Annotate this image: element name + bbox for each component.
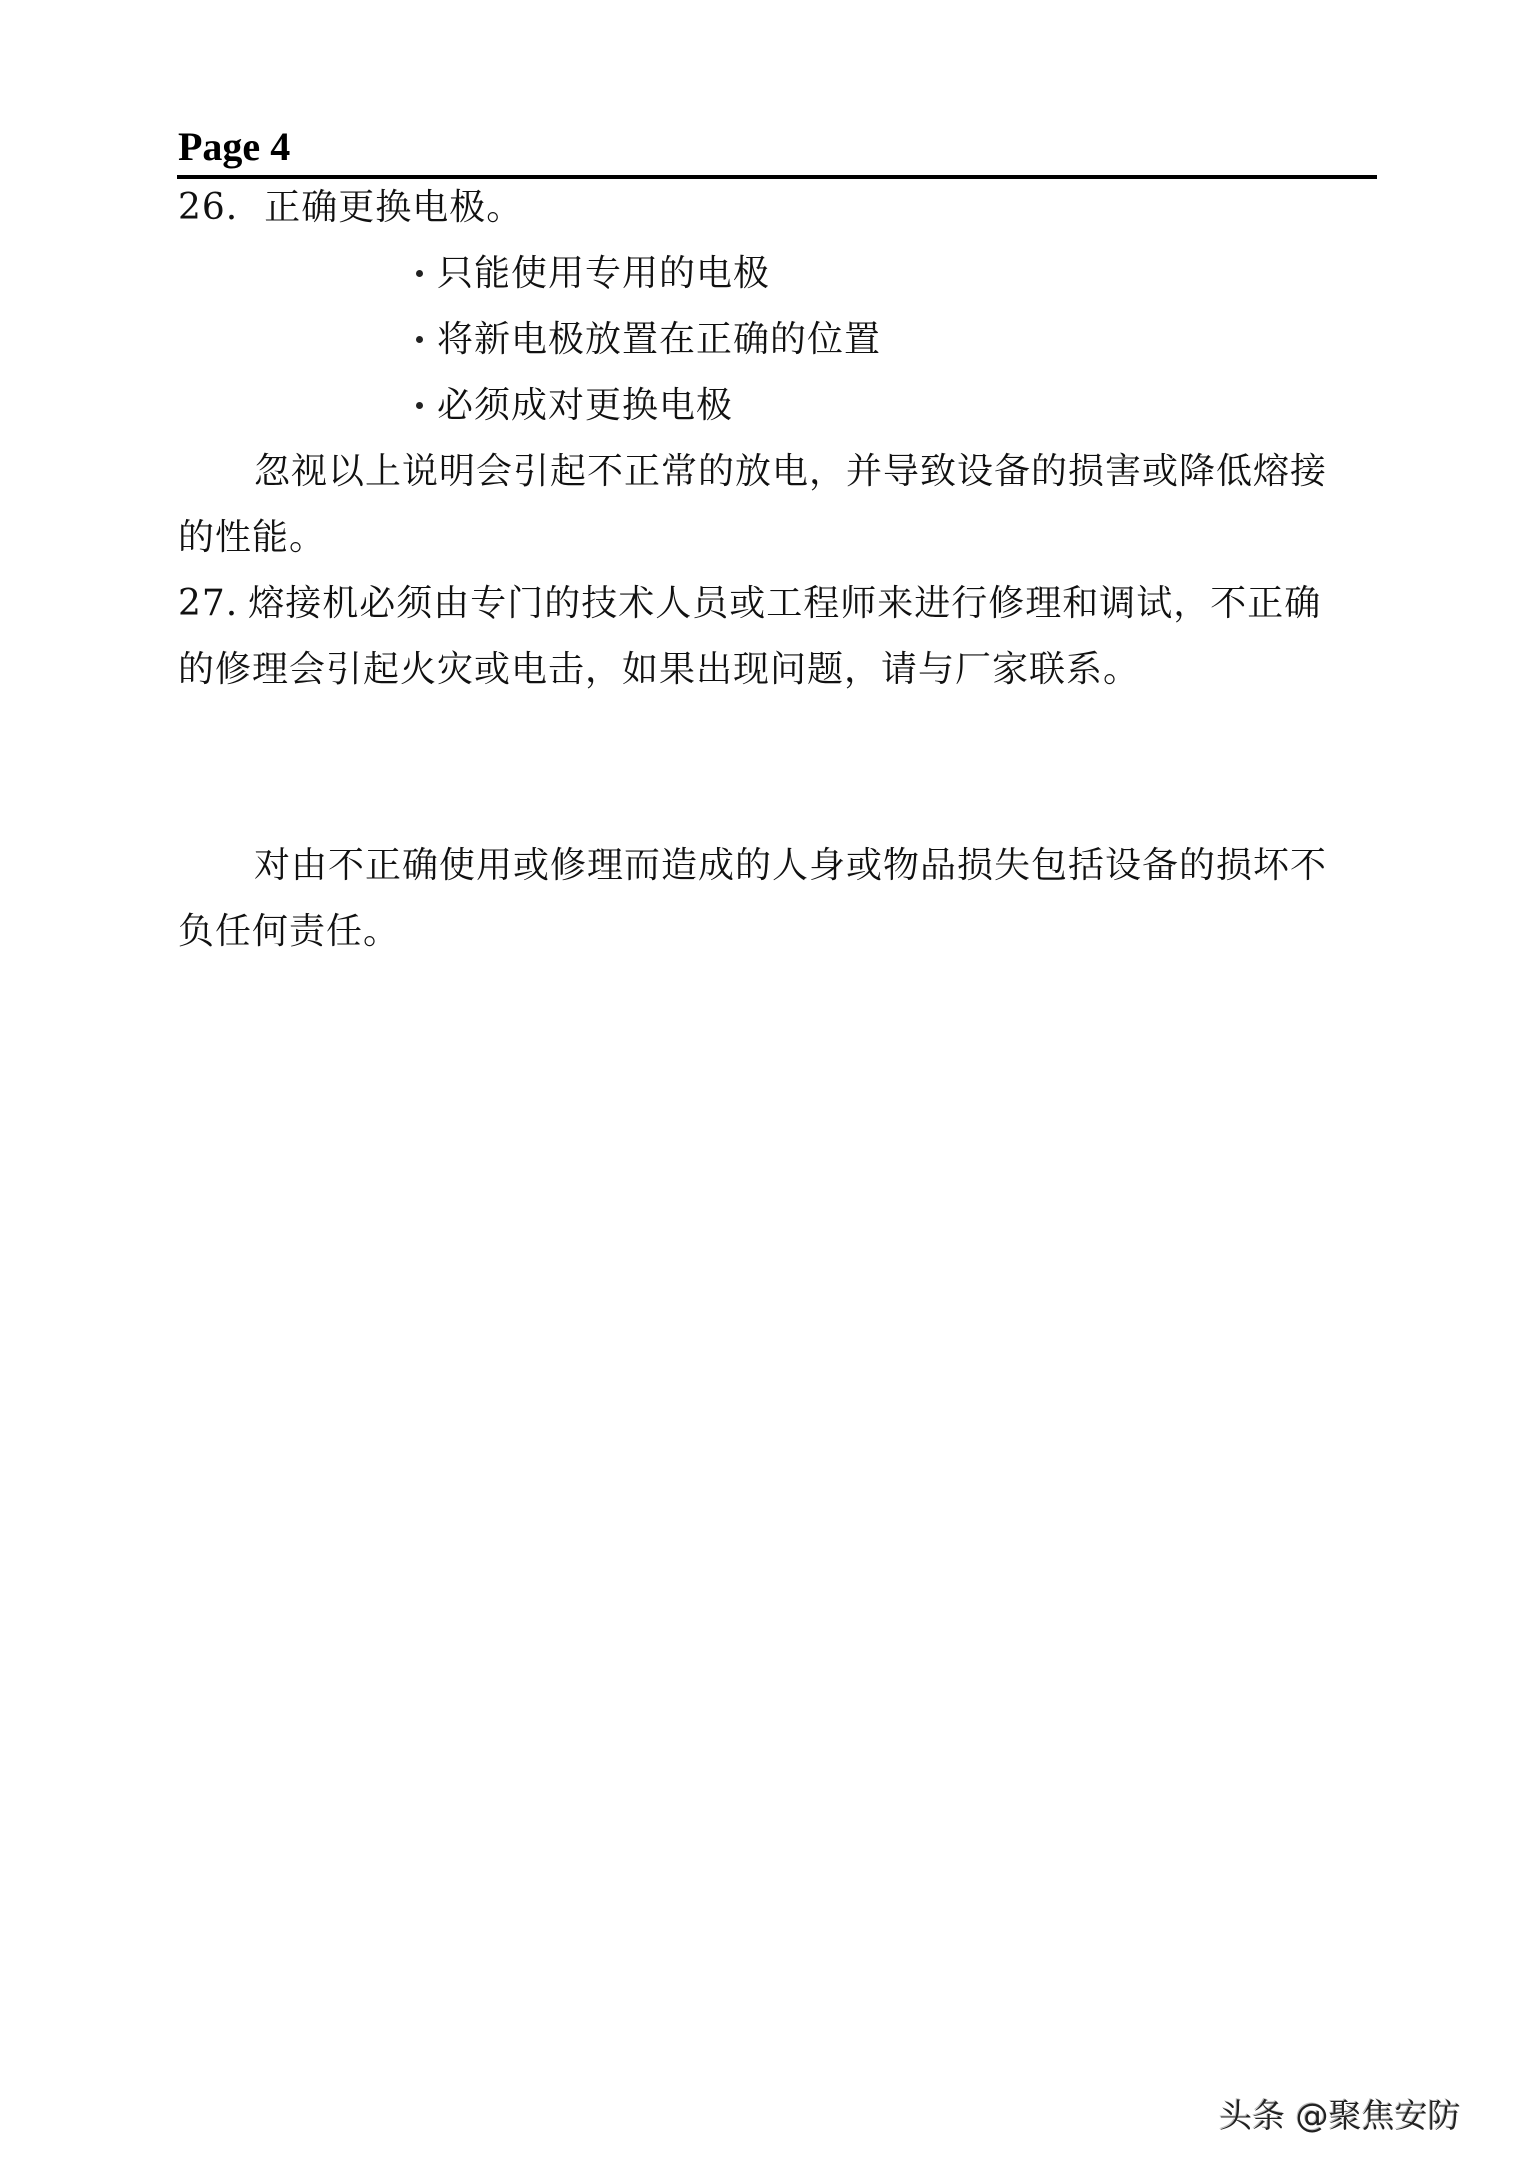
page-title: Page 4 [178, 124, 290, 170]
bullet-text: 只能使用专用的电极 [437, 253, 770, 294]
item-26-number: 26. [178, 187, 238, 228]
item-26-bullet: 将新电极放置在正确的位置 [416, 318, 881, 362]
bullet-text: 将新电极放置在正确的位置 [437, 319, 881, 360]
item-26-warning-line-2: 的性能。 [178, 516, 326, 560]
item-26-bullet: 只能使用专用的电极 [416, 252, 770, 296]
item-27-line-1: 27.熔接机必须由专门的技术人员或工程师来进行修理和调试，不正确 [178, 582, 1321, 626]
bullet-text: 必须成对更换电极 [437, 385, 733, 426]
disclaimer-line-2: 负任何责任。 [178, 910, 400, 954]
item-27-text: 熔接机必须由专门的技术人员或工程师来进行修理和调试，不正确 [248, 583, 1321, 624]
bullet-icon [416, 270, 423, 277]
item-26-bullet: 必须成对更换电极 [416, 384, 733, 428]
item-27-line-2: 的修理会引起火灾或电击，如果出现问题，请与厂家联系。 [178, 648, 1140, 692]
bullet-icon [416, 336, 423, 343]
bullet-icon [416, 402, 423, 409]
item-26-title: 正确更换电极。 [264, 187, 523, 228]
header-divider [177, 175, 1377, 179]
item-26-heading: 26.正确更换电极。 [178, 186, 523, 230]
disclaimer-line-1: 对由不正确使用或修理而造成的人身或物品损失包括设备的损坏不 [254, 844, 1327, 888]
watermark: 头条 @聚焦安防 [1219, 2096, 1461, 2136]
item-27-number: 27. [178, 583, 238, 624]
item-26-warning-line-1: 忽视以上说明会引起不正常的放电，并导致设备的损害或降低熔接 [254, 450, 1327, 494]
